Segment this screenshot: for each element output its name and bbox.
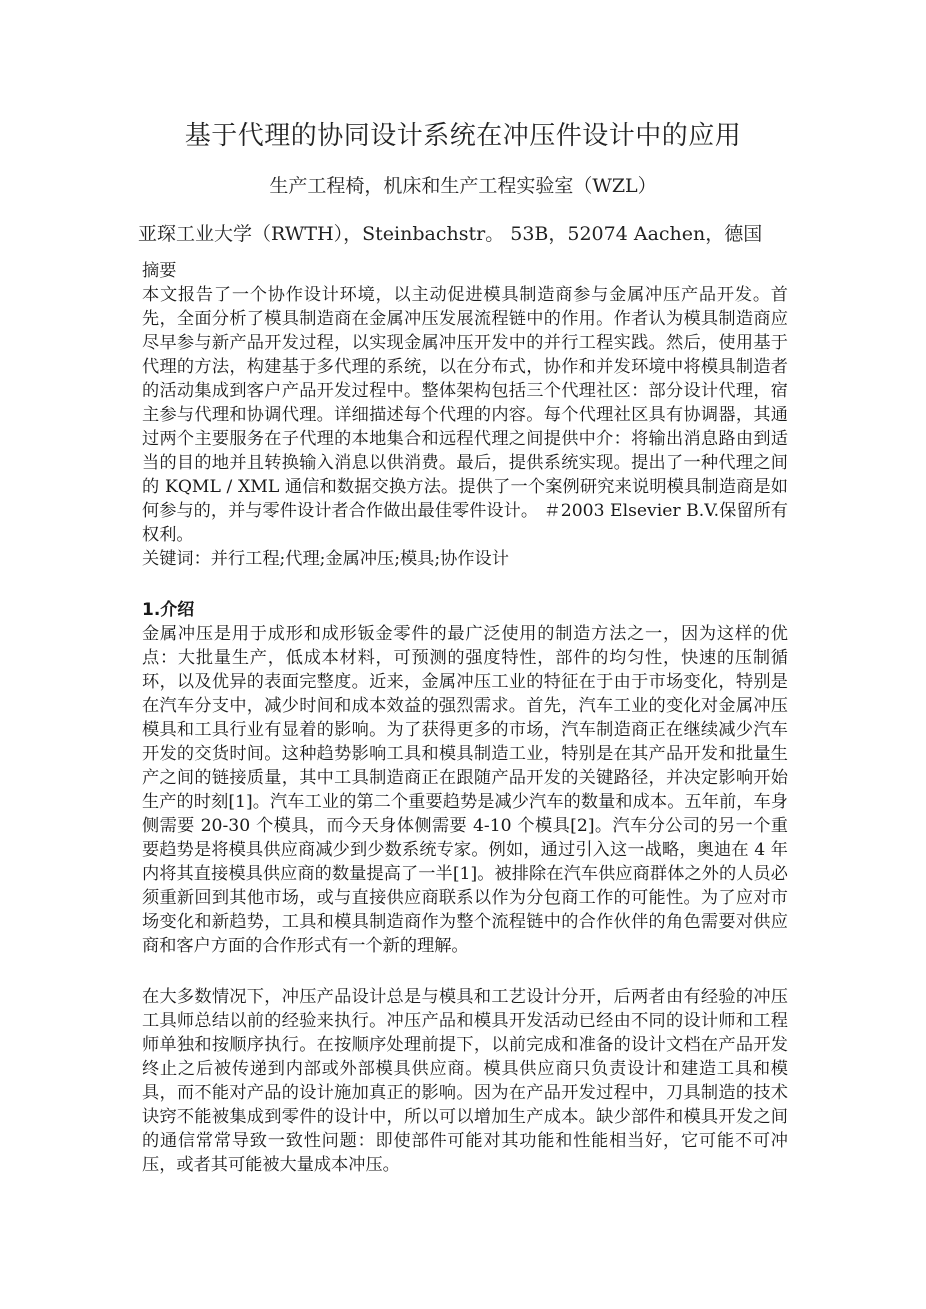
keywords: 关键词：并行工程;代理;金属冲压;模具;协作设计 <box>142 547 509 571</box>
section-heading-introduction: 1.介绍 <box>142 598 194 622</box>
abstract-text: 本文报告了一个协作设计环境，以主动促进模具制造商参与金属冲压产品开发。首先，全面… <box>142 283 788 547</box>
abstract-heading: 摘要 <box>142 259 176 283</box>
affiliation-line-1: 生产工程椅，机床和生产工程实验室（WZL） <box>0 172 926 200</box>
introduction-paragraph-2: 在大多数情况下，冲压产品设计总是与模具和工艺设计分开，后两者由有经验的冲压工具师… <box>142 985 788 1177</box>
affiliation-line-2: 亚琛工业大学（RWTH），Steinbachstr。 53B，52074 Aac… <box>138 220 798 248</box>
introduction-paragraph-1: 金属冲压是用于成形和成形钣金零件的最广泛使用的制造方法之一，因为这样的优点：大批… <box>142 622 788 958</box>
paper-title: 基于代理的协同设计系统在冲压件设计中的应用 <box>0 118 926 154</box>
